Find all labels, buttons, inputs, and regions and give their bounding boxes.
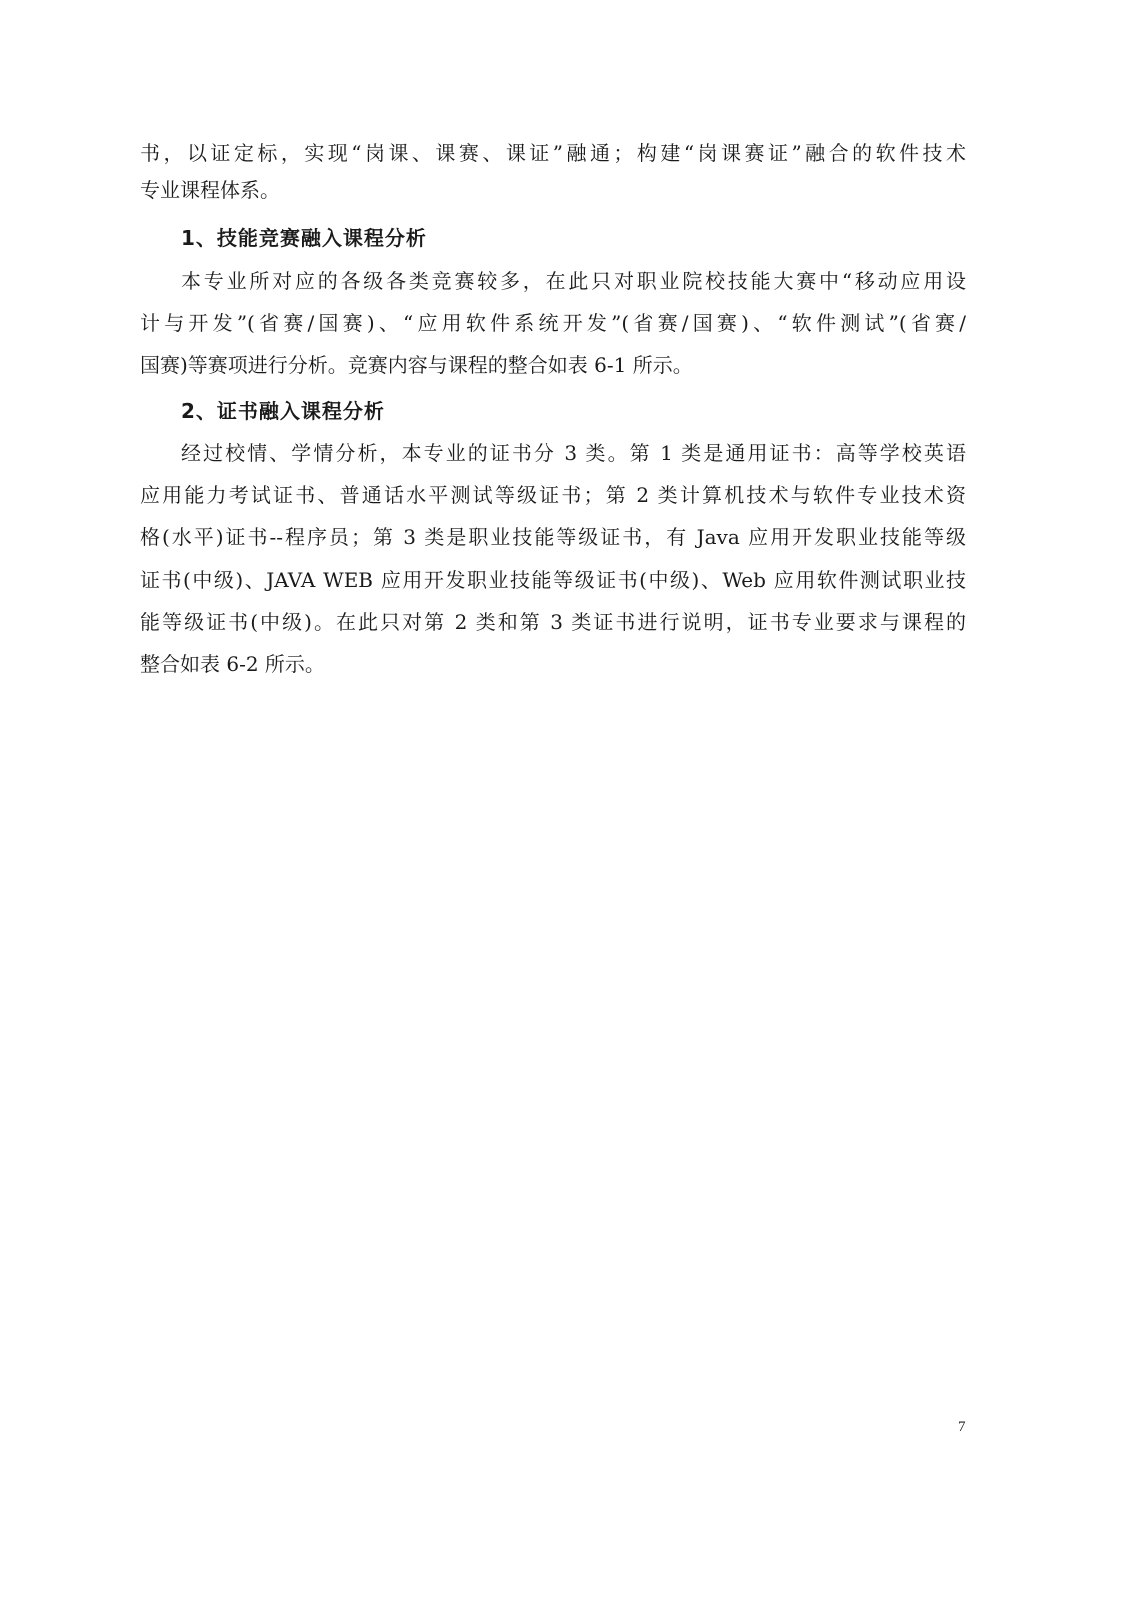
paragraph-line: 计与开发”(省赛/国赛)、“应用软件系统开发”(省赛/国赛)、“软件测试”(省赛… (140, 311, 966, 335)
paragraph-line: 应用能力考试证书、普通话水平测试等级证书；第 2 类计算机技术与软件专业技术资 (140, 483, 966, 507)
section-heading-competition: 1、技能竞赛融入课程分析 (181, 226, 427, 250)
paragraph-line: 能等级证书(中级)。在此只对第 2 类和第 3 类证书进行说明，证书专业要求与课… (140, 610, 966, 634)
paragraph-line: 书，以证定标，实现“岗课、课赛、课证”融通；构建“岗课赛证”融合的软件技术 (140, 141, 966, 165)
page-number: 7 (958, 1418, 966, 1436)
paragraph-line: 整合如表 6-2 所示。 (140, 652, 966, 676)
paragraph-line: 国赛)等赛项进行分析。竞赛内容与课程的整合如表 6-1 所示。 (140, 353, 966, 377)
paragraph-line: 证书(中级)、JAVA WEB 应用开发职业技能等级证书(中级)、Web 应用软… (140, 568, 966, 592)
section-heading-certificate: 2、证书融入课程分析 (181, 399, 385, 423)
paragraph-line: 本专业所对应的各级各类竞赛较多，在此只对职业院校技能大赛中“移动应用设 (181, 269, 966, 293)
document-page: 书，以证定标，实现“岗课、课赛、课证”融通；构建“岗课赛证”融合的软件技术 专业… (0, 0, 1131, 1600)
paragraph-line: 专业课程体系。 (140, 178, 966, 202)
paragraph-line: 格(水平)证书--程序员；第 3 类是职业技能等级证书，有 Java 应用开发职… (140, 525, 966, 549)
paragraph-line: 经过校情、学情分析，本专业的证书分 3 类。第 1 类是通用证书：高等学校英语 (181, 441, 966, 465)
